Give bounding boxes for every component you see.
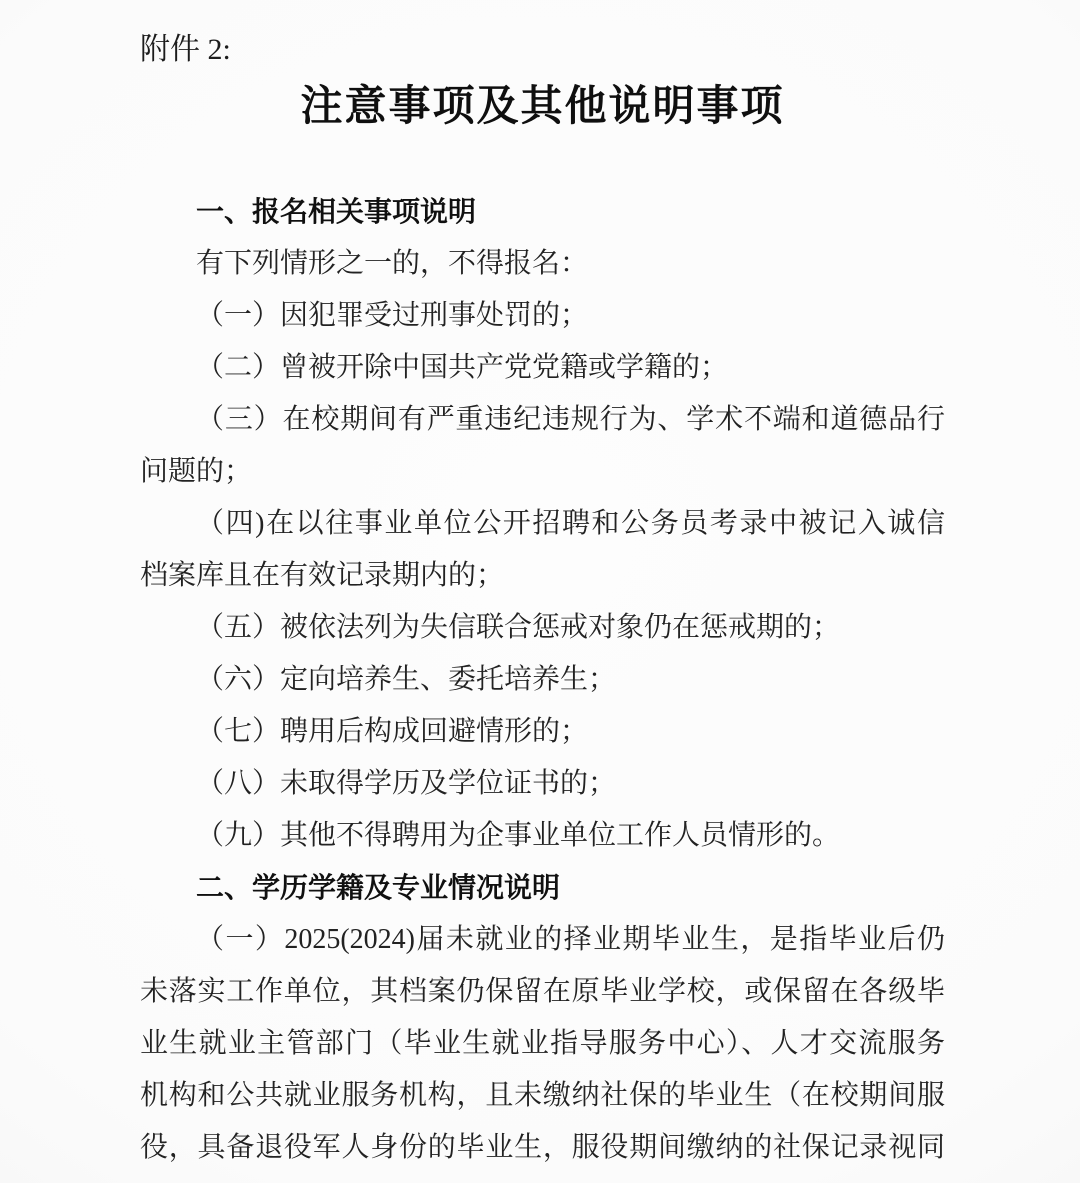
text-line: （二）曾被开除中国共产党党籍或学籍的；	[140, 342, 945, 394]
paragraph: （七）聘用后构成回避情形的；	[140, 706, 945, 758]
section-heading: 一、报名相关事项说明	[140, 186, 945, 238]
text-line: 役，具备退役军人身份的毕业生，服役期间缴纳的社保记录视同	[140, 1122, 945, 1174]
paragraph: （六）定向培养生、委托培养生；	[140, 654, 945, 706]
text-line: 一、报名相关事项说明	[140, 186, 945, 238]
text-line: 未落实工作单位，其档案仍保留在原毕业学校，或保留在各级毕	[140, 966, 945, 1018]
text-line: （五）被依法列为失信联合惩戒对象仍在惩戒期的；	[140, 602, 945, 654]
paragraph: （二）曾被开除中国共产党党籍或学籍的；	[140, 342, 945, 394]
text-line: 业生就业主管部门（毕业生就业指导服务中心）、人才交流服务	[140, 1018, 945, 1070]
paragraph: （三）在校期间有严重违纪违规行为、学术不端和道德品行问题的；	[140, 394, 945, 498]
text-line: 有下列情形之一的，不得报名：	[140, 238, 945, 290]
attachment-label: 附件 2:	[140, 32, 945, 68]
text-line: （一）2025(2024)届未就业的择业期毕业生，是指毕业后仍	[140, 914, 945, 966]
text-line: 问题的；	[140, 446, 945, 498]
text-line: （八）未取得学历及学位证书的；	[140, 758, 945, 810]
document-page: 附件 2: 注意事项及其他说明事项 一、报名相关事项说明有下列情形之一的，不得报…	[0, 0, 1080, 1183]
text-line: 二、学历学籍及专业情况说明	[140, 862, 945, 914]
paragraph: （九）其他不得聘用为企事业单位工作人员情形的。	[140, 810, 945, 862]
section-heading: 二、学历学籍及专业情况说明	[140, 862, 945, 914]
text-line: （六）定向培养生、委托培养生；	[140, 654, 945, 706]
text-line: （四)在以往事业单位公开招聘和公务员考录中被记入诚信	[140, 498, 945, 550]
text-line: （三）在校期间有严重违纪违规行为、学术不端和道德品行	[140, 394, 945, 446]
text-line: （七）聘用后构成回避情形的；	[140, 706, 945, 758]
paragraph: （一）因犯罪受过刑事处罚的；	[140, 290, 945, 342]
paragraph: （五）被依法列为失信联合惩戒对象仍在惩戒期的；	[140, 602, 945, 654]
document-title: 注意事项及其他说明事项	[140, 82, 945, 132]
text-line: （一）因犯罪受过刑事处罚的；	[140, 290, 945, 342]
paragraph: （八）未取得学历及学位证书的；	[140, 758, 945, 810]
text-line: 机构和公共就业服务机构，且未缴纳社保的毕业生（在校期间服	[140, 1070, 945, 1122]
text-line: （九）其他不得聘用为企事业单位工作人员情形的。	[140, 810, 945, 862]
document-content: 附件 2: 注意事项及其他说明事项 一、报名相关事项说明有下列情形之一的，不得报…	[140, 0, 945, 1174]
paragraph: （一）2025(2024)届未就业的择业期毕业生，是指毕业后仍未落实工作单位，其…	[140, 914, 945, 1174]
paragraph: 有下列情形之一的，不得报名：	[140, 238, 945, 290]
text-line: 档案库且在有效记录期内的；	[140, 550, 945, 602]
document-body: 一、报名相关事项说明有下列情形之一的，不得报名：（一）因犯罪受过刑事处罚的；（二…	[140, 186, 945, 1174]
paragraph: （四)在以往事业单位公开招聘和公务员考录中被记入诚信档案库且在有效记录期内的；	[140, 498, 945, 602]
